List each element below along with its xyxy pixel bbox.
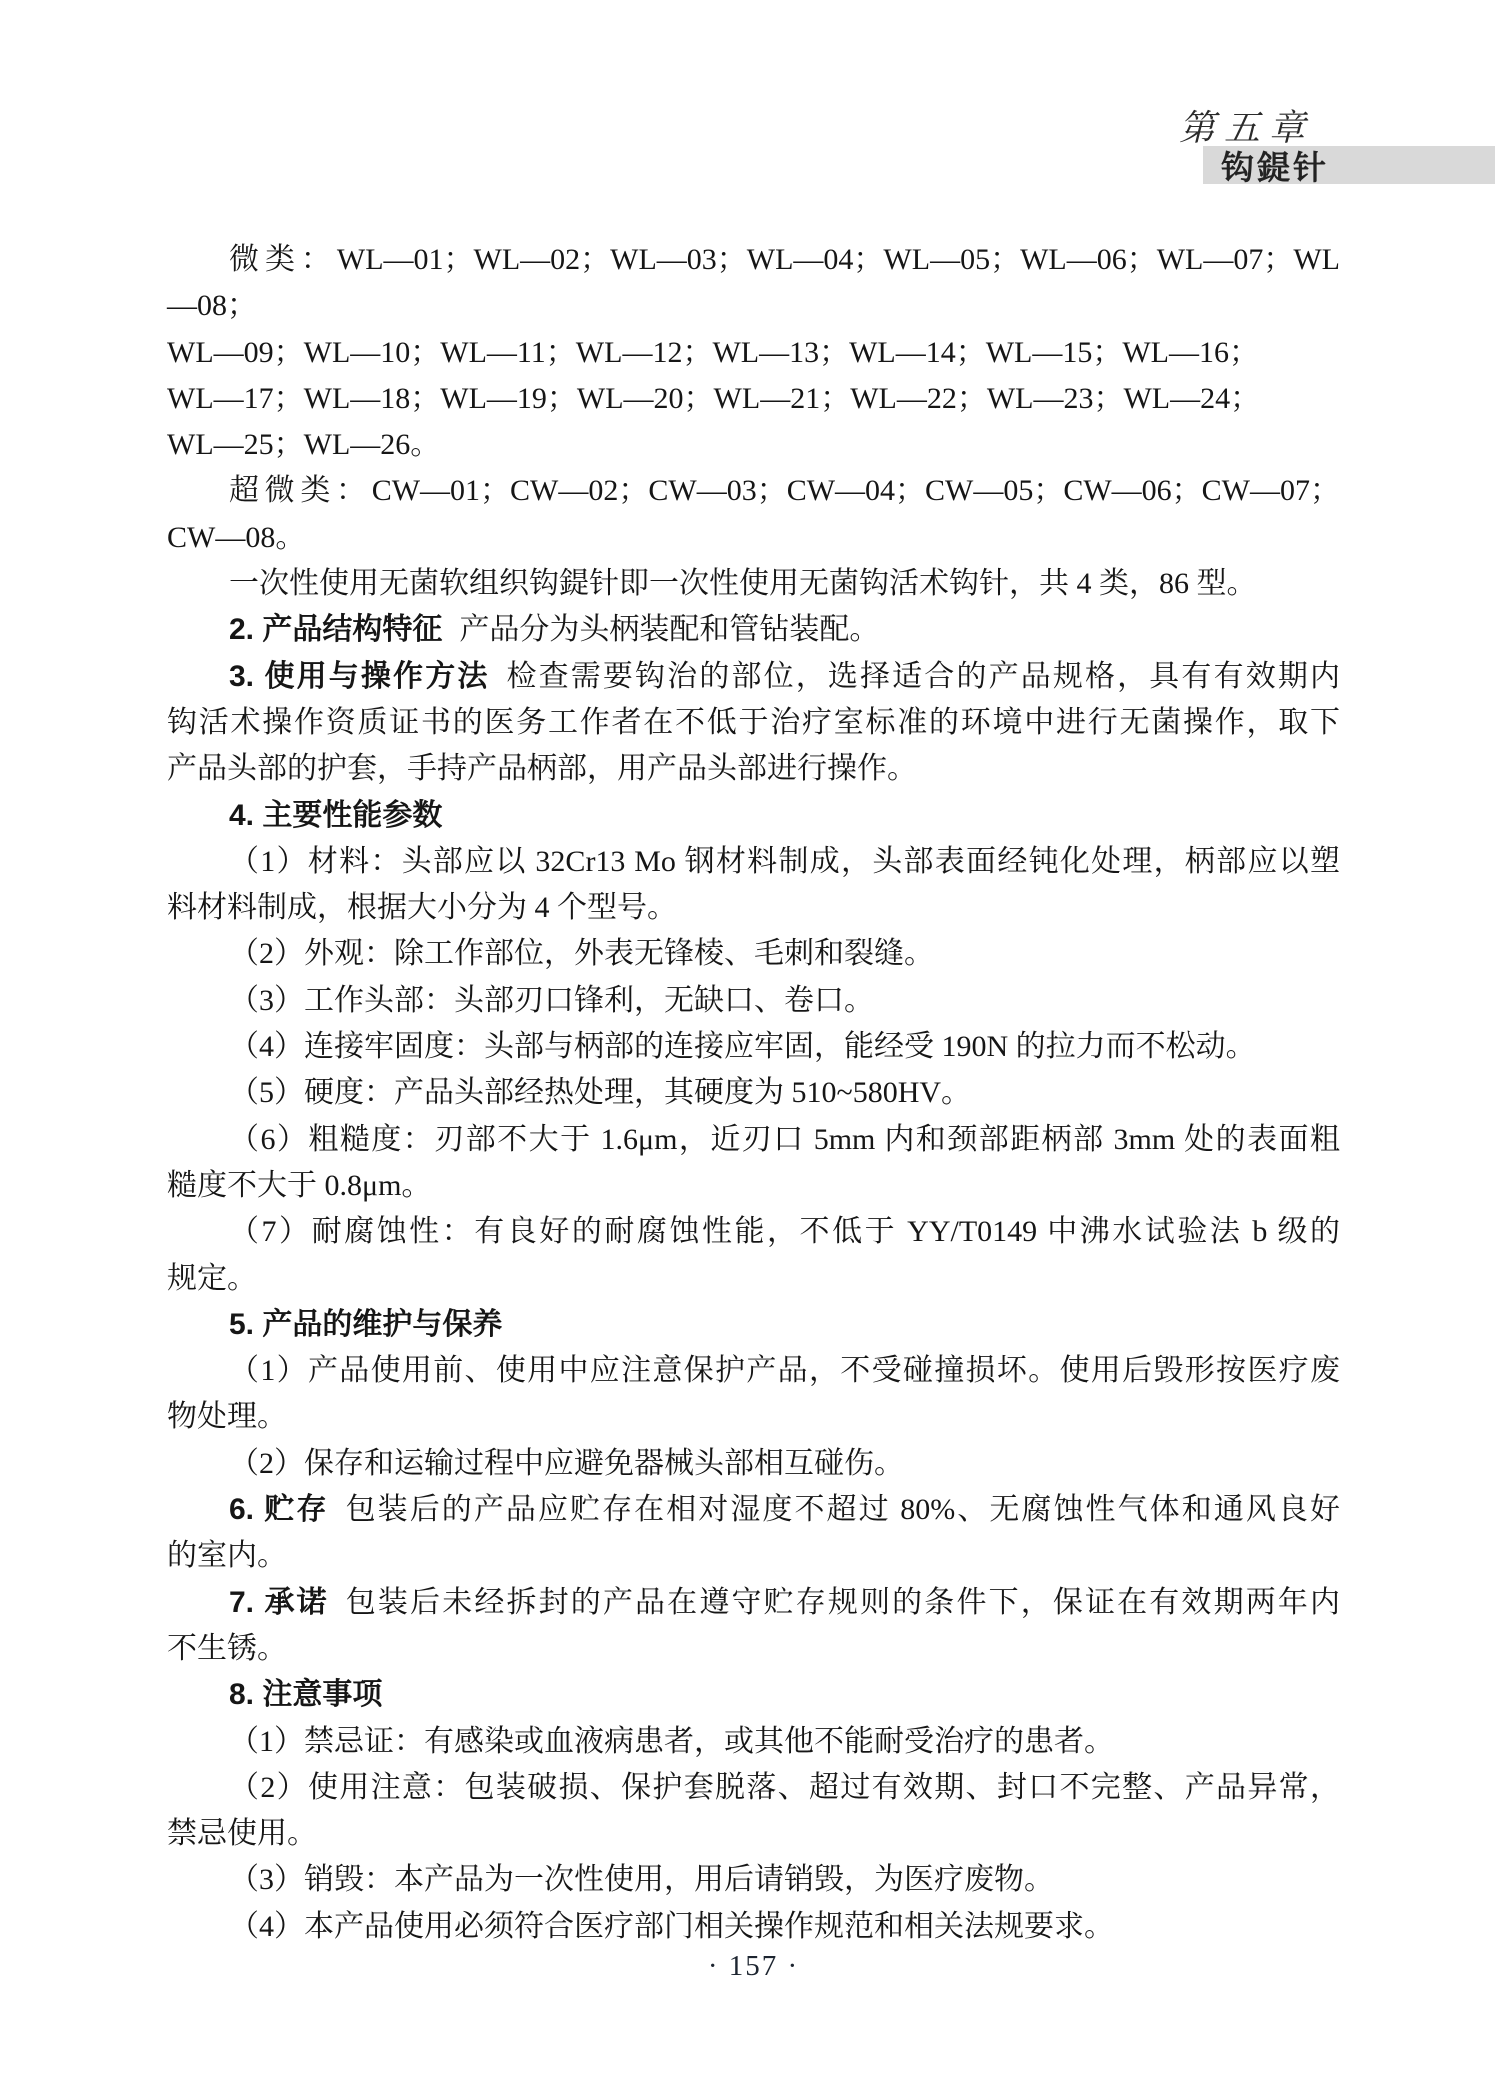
section-heading-run: 5. 产品的维护与保养 [229, 1308, 502, 1341]
text-run: 不生锈。 [167, 1632, 287, 1665]
text-run: （2）外观：除工作部位，外表无锋棱、毛刺和裂缝。 [229, 937, 934, 970]
text-run: （2）保存和运输过程中应避免器械头部相互碰伤。 [229, 1447, 904, 1480]
document-page: 第五章 钩鍉针 微类：WL—01；WL—02；WL—03；WL—04；WL—05… [0, 0, 1504, 2094]
text-line: 禁忌使用。 [167, 1811, 1340, 1857]
text-line: 2. 产品结构特征产品分为头柄装配和管钻装配。 [167, 607, 1340, 653]
text-line: WL—25；WL—26。 [167, 422, 1340, 468]
text-run: （7）耐腐蚀性：有良好的耐腐蚀性能，不低于 YY/T0149 中沸水试验法 b … [229, 1215, 1340, 1248]
text-line: 产品头部的护套，手持产品柄部，用产品头部进行操作。 [167, 746, 1340, 792]
text-run: 料材料制成，根据大小分为 4 个型号。 [167, 891, 677, 924]
text-run: （4）本产品使用必须符合医疗部门相关操作规范和相关法规要求。 [229, 1910, 1114, 1943]
text-run: （4）连接牢固度：头部与柄部的连接应牢固，能经受 190N 的拉力而不松动。 [229, 1030, 1256, 1063]
text-line: WL—17；WL—18；WL—19；WL—20；WL—21；WL—22；WL—2… [167, 376, 1340, 422]
text-line: 糙度不大于 0.8μm。 [167, 1163, 1340, 1209]
text-line: （3）销毁：本产品为一次性使用，用后请销毁，为医疗废物。 [167, 1857, 1340, 1903]
text-line: （5）硬度：产品头部经热处理，其硬度为 510~580HV。 [167, 1070, 1340, 1116]
text-run: WL—25；WL—26。 [167, 428, 440, 461]
text-run: （2）使用注意：包装破损、保护套脱落、超过有效期、封口不完整、产品异常， [229, 1771, 1340, 1804]
text-run: 检查需要钩治的部位，选择适合的产品规格，具有有效期内 [506, 660, 1340, 693]
section-heading-run: 4. 主要性能参数 [229, 799, 442, 832]
text-line: 8. 注意事项 [167, 1672, 1340, 1718]
chapter-title: 钩鍉针 [1203, 142, 1329, 189]
text-line: （3）工作头部：头部刃口锋利，无缺口、卷口。 [167, 978, 1340, 1024]
text-run: 物处理。 [167, 1400, 287, 1433]
text-run: 规定。 [167, 1262, 257, 1295]
text-line: 的室内。 [167, 1533, 1340, 1579]
text-line: 4. 主要性能参数 [167, 793, 1340, 839]
text-line: 5. 产品的维护与保养 [167, 1302, 1340, 1348]
text-run: CW—08。 [167, 521, 305, 554]
text-line: （7）耐腐蚀性：有良好的耐腐蚀性能，不低于 YY/T0149 中沸水试验法 b … [167, 1209, 1340, 1255]
section-heading-run: 8. 注意事项 [229, 1678, 382, 1711]
text-line: 物处理。 [167, 1394, 1340, 1440]
section-heading-run: 6. 贮存 [229, 1493, 329, 1526]
section-heading-run: 2. 产品结构特征 [229, 613, 442, 646]
text-line: 不生锈。 [167, 1626, 1340, 1672]
text-line: （2）使用注意：包装破损、保护套脱落、超过有效期、封口不完整、产品异常， [167, 1765, 1340, 1811]
text-run: 糙度不大于 0.8μm。 [167, 1169, 431, 1202]
text-run: 包装后的产品应贮存在相对湿度不超过 80%、无腐蚀性气体和通风良好 [346, 1493, 1340, 1526]
text-line: CW—08。 [167, 515, 1340, 561]
section-heading-run: 7. 承诺 [229, 1586, 329, 1619]
page-number: · 157 · [167, 1950, 1340, 1983]
text-line: 一次性使用无菌软组织钩鍉针即一次性使用无菌钩活术钩针，共 4 类，86 型。 [167, 561, 1340, 607]
text-run: （6）粗糙度：刃部不大于 1.6μm，近刃口 5mm 内和颈部距柄部 3mm 处… [229, 1123, 1340, 1156]
text-run: WL—09；WL—10；WL—11；WL—12；WL—13；WL—14；WL—1… [167, 336, 1259, 369]
text-run: 禁忌使用。 [167, 1817, 317, 1850]
text-run: 包装后未经拆封的产品在遵守贮存规则的条件下，保证在有效期两年内 [346, 1586, 1340, 1619]
text-run: 微类：WL—01；WL—02；WL—03；WL—04；WL—05；WL—06；W… [167, 243, 1340, 322]
text-line: 7. 承诺包装后未经拆封的产品在遵守贮存规则的条件下，保证在有效期两年内 [167, 1580, 1340, 1626]
document-body: 微类：WL—01；WL—02；WL—03；WL—04；WL—05；WL—06；W… [167, 237, 1340, 1950]
text-run: （1）产品使用前、使用中应注意保护产品，不受碰撞损坏。使用后毁形按医疗废 [229, 1354, 1340, 1387]
text-run: 的室内。 [167, 1539, 287, 1572]
text-run: 产品分为头柄装配和管钻装配。 [459, 613, 879, 646]
text-line: WL—09；WL—10；WL—11；WL—12；WL—13；WL—14；WL—1… [167, 330, 1340, 376]
chapter-title-bar: 钩鍉针 [1203, 146, 1495, 184]
text-line: 超微类：CW—01；CW—02；CW—03；CW—04；CW—05；CW—06；… [167, 468, 1340, 514]
text-run: WL—17；WL—18；WL—19；WL—20；WL—21；WL—22；WL—2… [167, 382, 1260, 415]
text-run: 超微类：CW—01；CW—02；CW—03；CW—04；CW—05；CW—06；… [229, 474, 1340, 507]
text-line: 料材料制成，根据大小分为 4 个型号。 [167, 885, 1340, 931]
text-line: 3. 使用与操作方法检查需要钩治的部位，选择适合的产品规格，具有有效期内 [167, 654, 1340, 700]
text-line: （4）本产品使用必须符合医疗部门相关操作规范和相关法规要求。 [167, 1904, 1340, 1950]
text-line: （1）产品使用前、使用中应注意保护产品，不受碰撞损坏。使用后毁形按医疗废 [167, 1348, 1340, 1394]
text-line: 微类：WL—01；WL—02；WL—03；WL—04；WL—05；WL—06；W… [167, 237, 1340, 330]
text-line: 钩活术操作资质证书的医务工作者在不低于治疗室标准的环境中进行无菌操作，取下 [167, 700, 1340, 746]
text-line: （4）连接牢固度：头部与柄部的连接应牢固，能经受 190N 的拉力而不松动。 [167, 1024, 1340, 1070]
text-run: （1）材料：头部应以 32Cr13 Mo 钢材料制成，头部表面经钝化处理，柄部应… [229, 845, 1340, 878]
text-line: （2）外观：除工作部位，外表无锋棱、毛刺和裂缝。 [167, 931, 1340, 977]
text-line: （2）保存和运输过程中应避免器械头部相互碰伤。 [167, 1441, 1340, 1487]
text-line: 规定。 [167, 1256, 1340, 1302]
text-run: （3）工作头部：头部刃口锋利，无缺口、卷口。 [229, 984, 874, 1017]
text-run: 钩活术操作资质证书的医务工作者在不低于治疗室标准的环境中进行无菌操作，取下 [167, 706, 1340, 739]
text-line: （6）粗糙度：刃部不大于 1.6μm，近刃口 5mm 内和颈部距柄部 3mm 处… [167, 1117, 1340, 1163]
text-line: （1）材料：头部应以 32Cr13 Mo 钢材料制成，头部表面经钝化处理，柄部应… [167, 839, 1340, 885]
text-line: 6. 贮存包装后的产品应贮存在相对湿度不超过 80%、无腐蚀性气体和通风良好 [167, 1487, 1340, 1533]
text-line: （1）禁忌证：有感染或血液病患者，或其他不能耐受治疗的患者。 [167, 1719, 1340, 1765]
text-run: （3）销毁：本产品为一次性使用，用后请销毁，为医疗废物。 [229, 1863, 1054, 1896]
section-heading-run: 3. 使用与操作方法 [229, 660, 489, 693]
text-run: （1）禁忌证：有感染或血液病患者，或其他不能耐受治疗的患者。 [229, 1725, 1114, 1758]
text-run: 一次性使用无菌软组织钩鍉针即一次性使用无菌钩活术钩针，共 4 类，86 型。 [229, 567, 1257, 600]
text-run: 产品头部的护套，手持产品柄部，用产品头部进行操作。 [167, 752, 917, 785]
text-run: （5）硬度：产品头部经热处理，其硬度为 510~580HV。 [229, 1076, 971, 1109]
